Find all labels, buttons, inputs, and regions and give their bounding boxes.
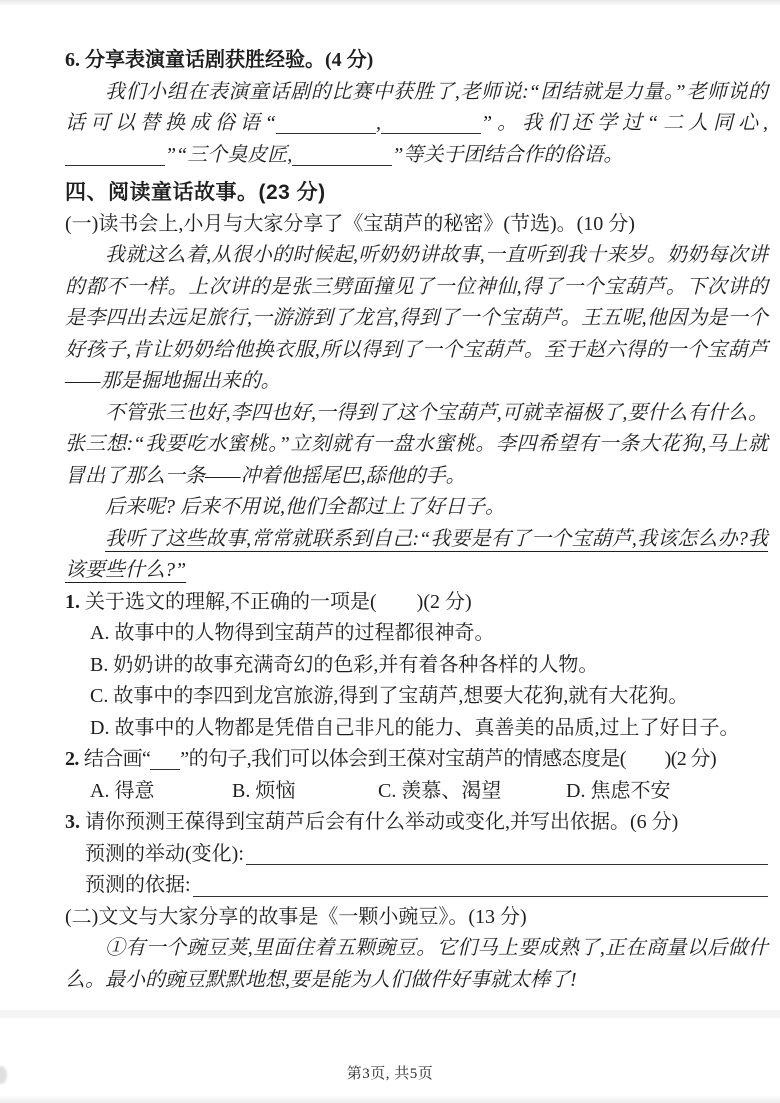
question-2-number: 2. (65, 748, 84, 770)
question-3-number: 3. (65, 811, 85, 833)
answer-fill-line-1 (246, 839, 768, 866)
q2-inline-blank (150, 749, 180, 770)
question-3-stem: 3.请你预测王葆得到宝葫芦后会有什么举动或变化,并写出依据。(6 分) (65, 807, 768, 839)
question-6-title: 分享表演童话剧获胜经验。(4 分) (85, 49, 373, 71)
section-4-heading: 四、阅读童话故事。(23 分) (65, 177, 768, 209)
scan-shading-artifact (0, 1010, 780, 1018)
q2-options-row: A. 得意B. 烦恼C. 羡慕、渴望D. 焦虑不安 (65, 776, 768, 808)
answer-blank-1 (276, 113, 376, 134)
q6-text-4: ”等关于团结合作的俗语。 (392, 144, 623, 166)
q2-option-b: B. 烦恼 (232, 776, 378, 808)
passage-paragraph-3: 后来呢? 后来不用说,他们全都过上了好日子。 (65, 492, 768, 524)
q2-option-c: C. 羡慕、渴望 (378, 776, 566, 808)
question-6-number: 6. (65, 49, 85, 71)
question-1-stem: 1.关于选文的理解,不正确的一项是( )(2 分) (65, 587, 768, 619)
question-6-heading: 6.分享表演童话剧获胜经验。(4 分) (65, 45, 768, 77)
scan-bottom-edge-artifact (0, 1095, 780, 1103)
answer-blank-4 (292, 145, 392, 166)
scan-edge-artifact (0, 0, 780, 6)
q1-option-b: B. 奶奶讲的故事充满奇幻的色彩,并有着各种各样的人物。 (65, 650, 768, 682)
passage-paragraph-1: 我就这么着,从很小的时候起,听奶奶讲故事,一直听到我十来岁。奶奶每次讲的都不一样… (65, 240, 768, 398)
question-1-text: 关于选文的理解,不正确的一项是( )(2 分) (85, 591, 472, 613)
answer-blank-3 (65, 145, 165, 166)
q3-answer-label-1: 预测的举动(变化): (85, 839, 244, 871)
q6-text-3: ”“三个臭皮匠, (165, 144, 292, 166)
question-3-text: 请你预测王葆得到宝葫芦后会有什么举动或变化,并写出依据。(6 分) (85, 811, 678, 833)
q3-answer-line-2: 预测的依据: (65, 870, 768, 902)
q2-option-a: A. 得意 (90, 776, 232, 808)
scanned-test-page: 6.分享表演童话剧获胜经验。(4 分) 我们小组在表演童话剧的比赛中获胜了,老师… (0, 0, 780, 1103)
passage-paragraph-2: 不管张三也好,李四也好,一得到了这个宝葫芦,可就幸福极了,要什么有什么。张三想:… (65, 398, 768, 493)
answer-fill-line-2 (193, 870, 768, 897)
q6-text-2: ”。我们还学过“二人同心, (481, 112, 768, 134)
page-content: 6.分享表演童话剧获胜经验。(4 分) 我们小组在表演童话剧的比赛中获胜了,老师… (65, 45, 768, 996)
part-1-intro: (一)读书会上,小月与大家分享了《宝葫芦的秘密》(节选)。(10 分) (65, 209, 768, 241)
answer-blank-2 (381, 113, 481, 134)
part-2-paragraph-1: ①有一个豌豆荚,里面住着五颗豌豆。它们马上要成熟了,正在商量以后做什么。最小的豌… (65, 933, 768, 996)
question-2-text-pre: 结合画“ (84, 748, 150, 770)
question-2-stem: 2.结合画“”的句子,我们可以体会到王葆对宝葫芦的情感态度是( )(2 分) (65, 744, 768, 776)
q1-option-c: C. 故事中的李四到龙宫旅游,得到了宝葫芦,想要大花狗,就有大花狗。 (65, 681, 768, 713)
question-2-text-post: ”的句子,我们可以体会到王葆对宝葫芦的情感态度是( )(2 分) (180, 748, 716, 770)
part-2-intro: (二)文文与大家分享的故事是《一颗小豌豆》。(13 分) (65, 902, 768, 934)
q2-option-d: D. 焦虑不安 (566, 776, 768, 808)
q3-answer-line-1: 预测的举动(变化): (65, 839, 768, 871)
page-number-footer: 第3页, 共5页 (0, 1062, 780, 1083)
question-1-number: 1. (65, 591, 85, 613)
q1-option-d: D. 故事中的人物都是凭借自己非凡的能力、真善美的品质,过上了好日子。 (65, 713, 768, 745)
passage-paragraph-4-underlined: 我听了这些故事,常常就联系到自己:“我要是有了一个宝葫芦,我该怎么办?我该要些什… (65, 524, 768, 587)
question-6-paragraph: 我们小组在表演童话剧的比赛中获胜了,老师说:“团结就是力量。”老师说的话可以替换… (65, 77, 768, 172)
q1-option-a: A. 故事中的人物得到宝葫芦的过程都很神奇。 (65, 618, 768, 650)
q3-answer-label-2: 预测的依据: (85, 870, 191, 902)
